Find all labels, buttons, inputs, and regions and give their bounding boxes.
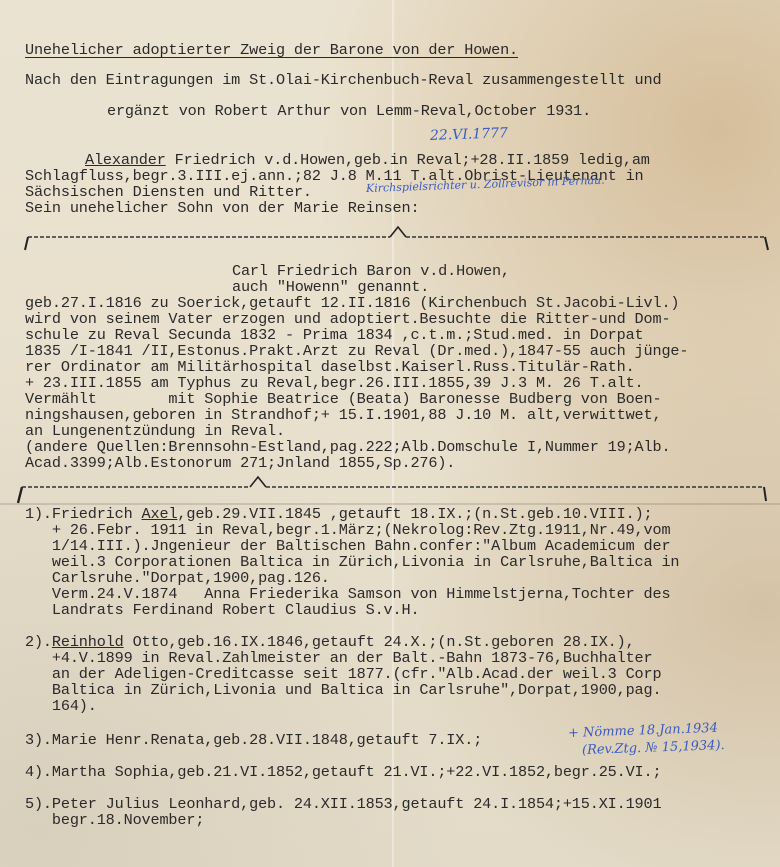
child-1-line-5: Carlsruhe."Dorpat,1900,pag.126. — [25, 570, 330, 586]
child-1-line-1: 1).Friedrich Axel,geb.29.VII.1845 ,getau… — [25, 506, 653, 522]
son-heading-1: Carl Friedrich Baron v.d.Howen, — [232, 263, 510, 279]
son-line-2: wird von seinem Vater erzogen und adopti… — [25, 311, 670, 327]
son-line-4: 1835 /I-1841 /II,Estonus.Prakt.Arzt zu R… — [25, 343, 688, 359]
son-line-5: rer Ordinator am Militärhospital daselbs… — [25, 359, 635, 375]
child-2-line-3: an der Adeligen-Creditcasse seit 1877.(c… — [25, 666, 661, 682]
intro-line-1: Nach den Eintragungen im St.Olai-Kirchen… — [25, 72, 661, 88]
document-title: Unehelicher adoptierter Zweig der Barone… — [25, 42, 518, 58]
son-line-11: Acad.3399;Alb.Estonorum 271;Jnland 1855,… — [25, 455, 455, 471]
child-1-line-3: 1/14.III.).Jngenieur der Baltischen Bahn… — [25, 538, 670, 554]
son-line-6: + 23.III.1855 am Typhus zu Reval,begr.26… — [25, 375, 644, 391]
child-2-line-5: 164). — [25, 698, 97, 714]
child-2-line-4: Baltica in Zürich,Livonia und Baltica in… — [25, 682, 661, 698]
son-line-1: geb.27.I.1816 zu Soerick,getauft 12.II.1… — [25, 295, 679, 311]
child-1-line-6: Verm.24.V.1874 Anna Friederika Samson vo… — [25, 586, 670, 602]
child-1-line-4: weil.3 Corporationen Baltica in Zürich,L… — [25, 554, 679, 570]
father-line-4: Sein unehelicher Sohn von der Marie Rein… — [25, 200, 419, 216]
handwritten-birth-date: 22.VI.1777 — [430, 125, 508, 144]
child-1-line-7: Landrats Ferdinand Robert Claudius S.v.H… — [25, 602, 419, 618]
son-line-3: schule zu Reval Secunda 1832 - Prima 183… — [25, 327, 644, 343]
son-line-9: an Lungenentzündung in Reval. — [25, 423, 285, 439]
son-line-8: ningshausen,geboren in Strandhof;+ 15.I.… — [25, 407, 661, 423]
child-3-line-1: 3).Marie Henr.Renata,geb.28.VII.1848,get… — [25, 732, 482, 748]
son-heading-2: auch "Howenn" genannt. — [232, 279, 429, 295]
child-5-line-2: begr.18.November; — [25, 812, 204, 828]
son-line-7: Vermählt mit Sophie Beatrice (Beata) Bar… — [25, 391, 661, 407]
child-4-line-1: 4).Martha Sophia,geb.21.VI.1852,getauft … — [25, 764, 661, 780]
genealogy-bracket-1 — [20, 225, 775, 255]
son-line-10: (andere Quellen:Brennsohn-Estland,pag.22… — [25, 439, 670, 455]
child-5-line-1: 5).Peter Julius Leonhard,geb. 24.XII.185… — [25, 796, 661, 812]
father-line-1: Alexander Friedrich v.d.Howen,geb.in Rev… — [85, 152, 650, 168]
genealogy-bracket-2 — [14, 475, 774, 505]
father-line-3: Sächsischen Diensten und Ritter. — [25, 184, 312, 200]
child-1-line-2: + 26.Febr. 1911 in Reval,begr.1.März;(Ne… — [25, 522, 670, 538]
child-2-line-1: 2).Reinhold Otto,geb.16.IX.1846,getauft … — [25, 634, 635, 650]
child-2-line-2: +4.V.1899 in Reval.Zahlmeister an der Ba… — [25, 650, 652, 666]
intro-line-2: ergänzt von Robert Arthur von Lemm-Reval… — [107, 103, 591, 119]
